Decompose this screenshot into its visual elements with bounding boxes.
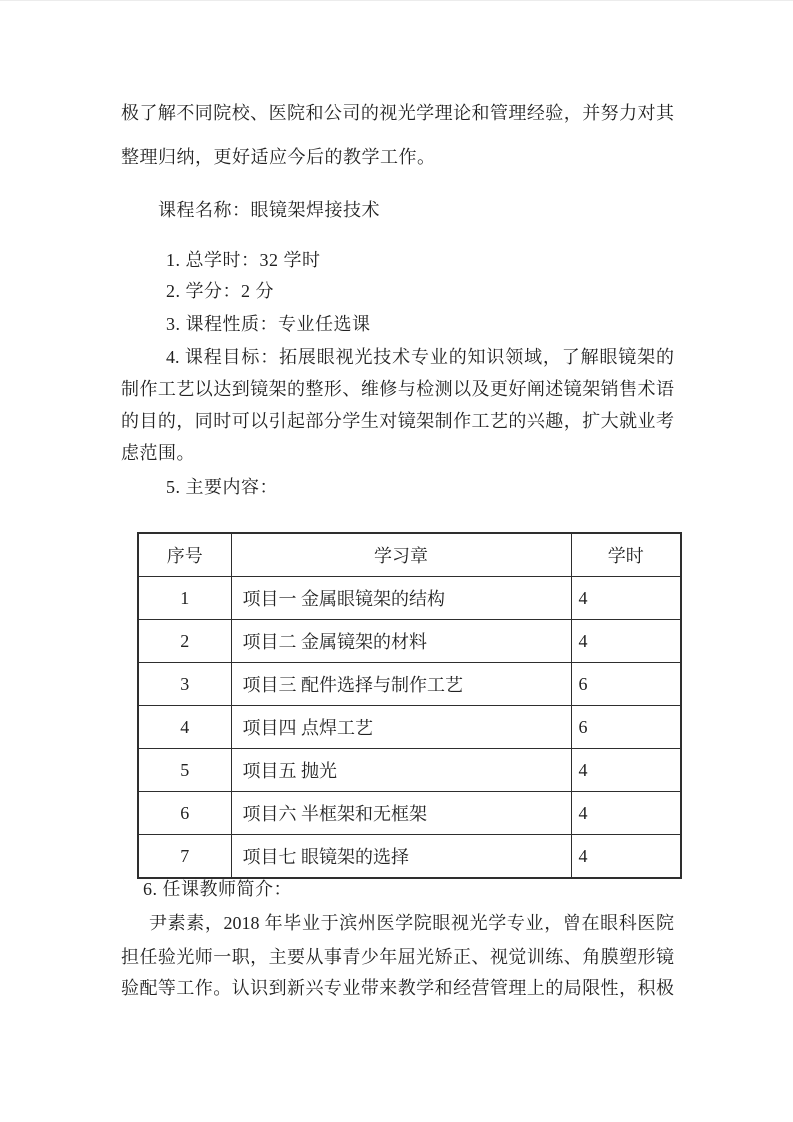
table-row: 3 项目三 配件选择与制作工艺 6	[138, 663, 681, 706]
cell-chapter: 项目三 配件选择与制作工艺	[231, 663, 571, 706]
cell-index: 2	[138, 620, 231, 663]
cell-chapter: 项目四 点焊工艺	[231, 706, 571, 749]
header-cell-hours: 学时	[571, 533, 681, 577]
table-row: 2 项目二 金属镜架的材料 4	[138, 620, 681, 663]
cell-chapter: 项目五 抛光	[231, 749, 571, 792]
cell-chapter: 项目六 半框架和无框架	[231, 792, 571, 835]
course-name-line: 课程名称：眼镜架焊接技术	[158, 199, 380, 221]
cell-index: 7	[138, 835, 231, 879]
cell-index: 4	[138, 706, 231, 749]
cell-index: 1	[138, 577, 231, 620]
cell-hours: 6	[571, 663, 681, 706]
cell-index: 6	[138, 792, 231, 835]
intro-paragraph-line-2: 整理归纳，更好适应今后的教学工作。	[121, 146, 436, 168]
list-item-main-content: 5. 主要内容：	[166, 476, 278, 498]
cell-chapter: 项目二 金属镜架的材料	[231, 620, 571, 663]
syllabus-table: 序号 学习章 学时 1 项目一 金属眼镜架的结构 4 2 项目二 金属镜架的材料…	[137, 532, 682, 879]
cell-hours: 4	[571, 792, 681, 835]
list-item-total-hours: 1. 总学时：32 学时	[166, 249, 321, 271]
list-item-objective-line-4: 虑范围。	[121, 442, 195, 464]
header-cell-chapter: 学习章	[231, 533, 571, 577]
header-cell-index: 序号	[138, 533, 231, 577]
list-item-objective-line-3: 的目的，同时可以引起部分学生对镜架制作工艺的兴趣，扩大就业考	[121, 410, 674, 432]
table-row: 5 项目五 抛光 4	[138, 749, 681, 792]
table-row: 4 项目四 点焊工艺 6	[138, 706, 681, 749]
cell-index: 3	[138, 663, 231, 706]
teacher-bio-line-3: 验配等工作。认识到新兴专业带来教学和经营管理上的局限性，积极	[121, 977, 674, 999]
list-item-credits: 2. 学分：2 分	[166, 280, 274, 302]
list-item-objective-line-1: 4. 课程目标：拓展眼视光技术专业的知识领域，了解眼镜架的	[166, 346, 674, 368]
teacher-bio-line-1: 尹素素，2018 年毕业于滨州医学院眼视光学专业，曾在眼科医院	[149, 912, 674, 934]
table-row: 7 项目七 眼镜架的选择 4	[138, 835, 681, 879]
table-row: 1 项目一 金属眼镜架的结构 4	[138, 577, 681, 620]
document-page: 极了解不同院校、医院和公司的视光学理论和管理经验，并努力对其 整理归纳，更好适应…	[0, 0, 793, 1122]
table-row: 6 项目六 半框架和无框架 4	[138, 792, 681, 835]
cell-hours: 4	[571, 835, 681, 879]
cell-hours: 4	[571, 620, 681, 663]
list-item-course-type: 3. 课程性质：专业任选课	[166, 313, 371, 335]
teacher-bio-line-2: 担任验光师一职，主要从事青少年屈光矫正、视觉训练、角膜塑形镜	[121, 946, 674, 968]
cell-hours: 6	[571, 706, 681, 749]
cell-hours: 4	[571, 577, 681, 620]
cell-hours: 4	[571, 749, 681, 792]
list-item-objective-line-2: 制作工艺以达到镜架的整形、维修与检测以及更好阐述镜架销售术语	[121, 378, 674, 400]
cell-index: 5	[138, 749, 231, 792]
table-header-row: 序号 学习章 学时	[138, 533, 681, 577]
cell-chapter: 项目七 眼镜架的选择	[231, 835, 571, 879]
list-item-teacher-intro: 6. 任课教师简介：	[143, 878, 292, 900]
intro-paragraph-line-1: 极了解不同院校、医院和公司的视光学理论和管理经验，并努力对其	[121, 102, 674, 124]
cell-chapter: 项目一 金属眼镜架的结构	[231, 577, 571, 620]
